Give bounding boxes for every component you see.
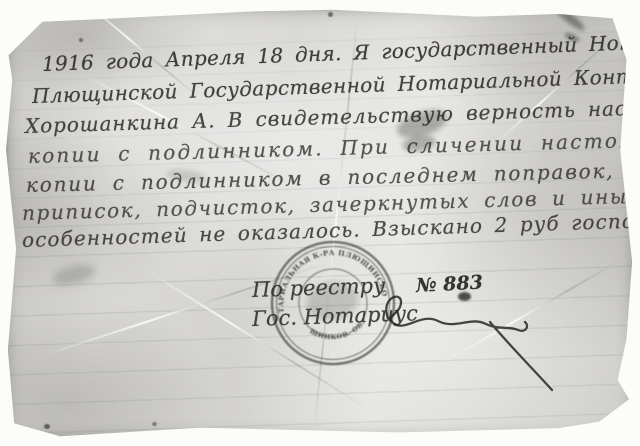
document-photo: НОТАРИАЛЬНАЯ К-РА ПЛЮЩИНСКОГО ЩИНКОВ. ОБ… <box>0 0 640 446</box>
signature-stroke <box>386 297 552 390</box>
paper-sheet: НОТАРИАЛЬНАЯ К-РА ПЛЮЩИНСКОГО ЩИНКОВ. ОБ… <box>6 8 634 438</box>
registry-label: По реестру <box>252 273 386 302</box>
corner-mark: м <box>19 20 33 37</box>
notary-signature-flourish <box>372 286 592 406</box>
